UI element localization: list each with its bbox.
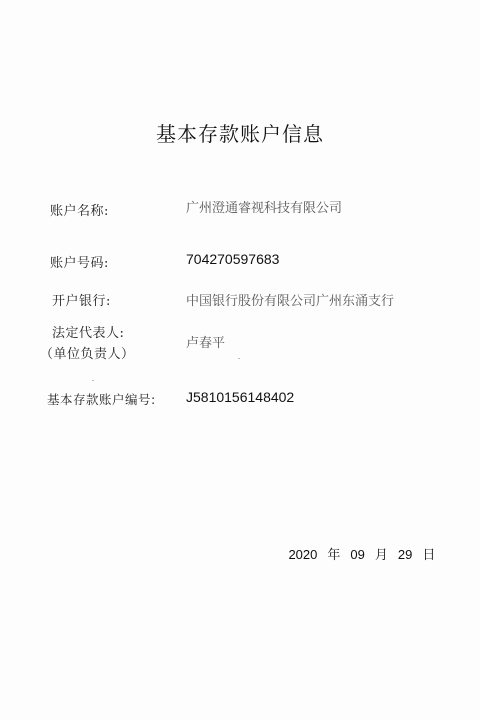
legal-representative-label: 法定代表人: — [52, 322, 124, 341]
date-day: 29 — [398, 547, 412, 562]
date-month: 09 — [350, 547, 364, 562]
document-title: 基本存款账户信息 — [0, 118, 480, 147]
legal-representative-value: 卢春平 — [186, 332, 225, 351]
opening-bank-value: 中国银行股份有限公司广州东涌支行 — [186, 290, 394, 309]
date-day-unit: 日 — [422, 544, 435, 563]
basic-account-id-value: J5810156148402 — [186, 389, 294, 405]
account-name-value: 广州澄通睿视科技有限公司 — [186, 197, 342, 216]
date-month-unit: 月 — [375, 544, 388, 563]
document-page: 基本存款账户信息 账户名称: 广州澄通睿视科技有限公司 账户号码: 704270… — [0, 0, 480, 720]
opening-bank-label: 开户银行: — [52, 290, 111, 309]
legal-representative-sublabel: （单位负责人） — [40, 343, 135, 362]
basic-account-id-label: 基本存款账户编号: — [47, 390, 156, 408]
issue-date: 2020年09月29日 — [274, 529, 445, 578]
account-number-label: 账户号码: — [50, 252, 109, 271]
date-year: 2020 — [288, 547, 317, 562]
date-year-unit: 年 — [327, 544, 340, 563]
account-name-label: 账户名称: — [50, 200, 109, 219]
scan-speck — [92, 380, 94, 381]
scan-speck — [238, 358, 240, 359]
account-number-value: 704270597683 — [186, 251, 279, 267]
